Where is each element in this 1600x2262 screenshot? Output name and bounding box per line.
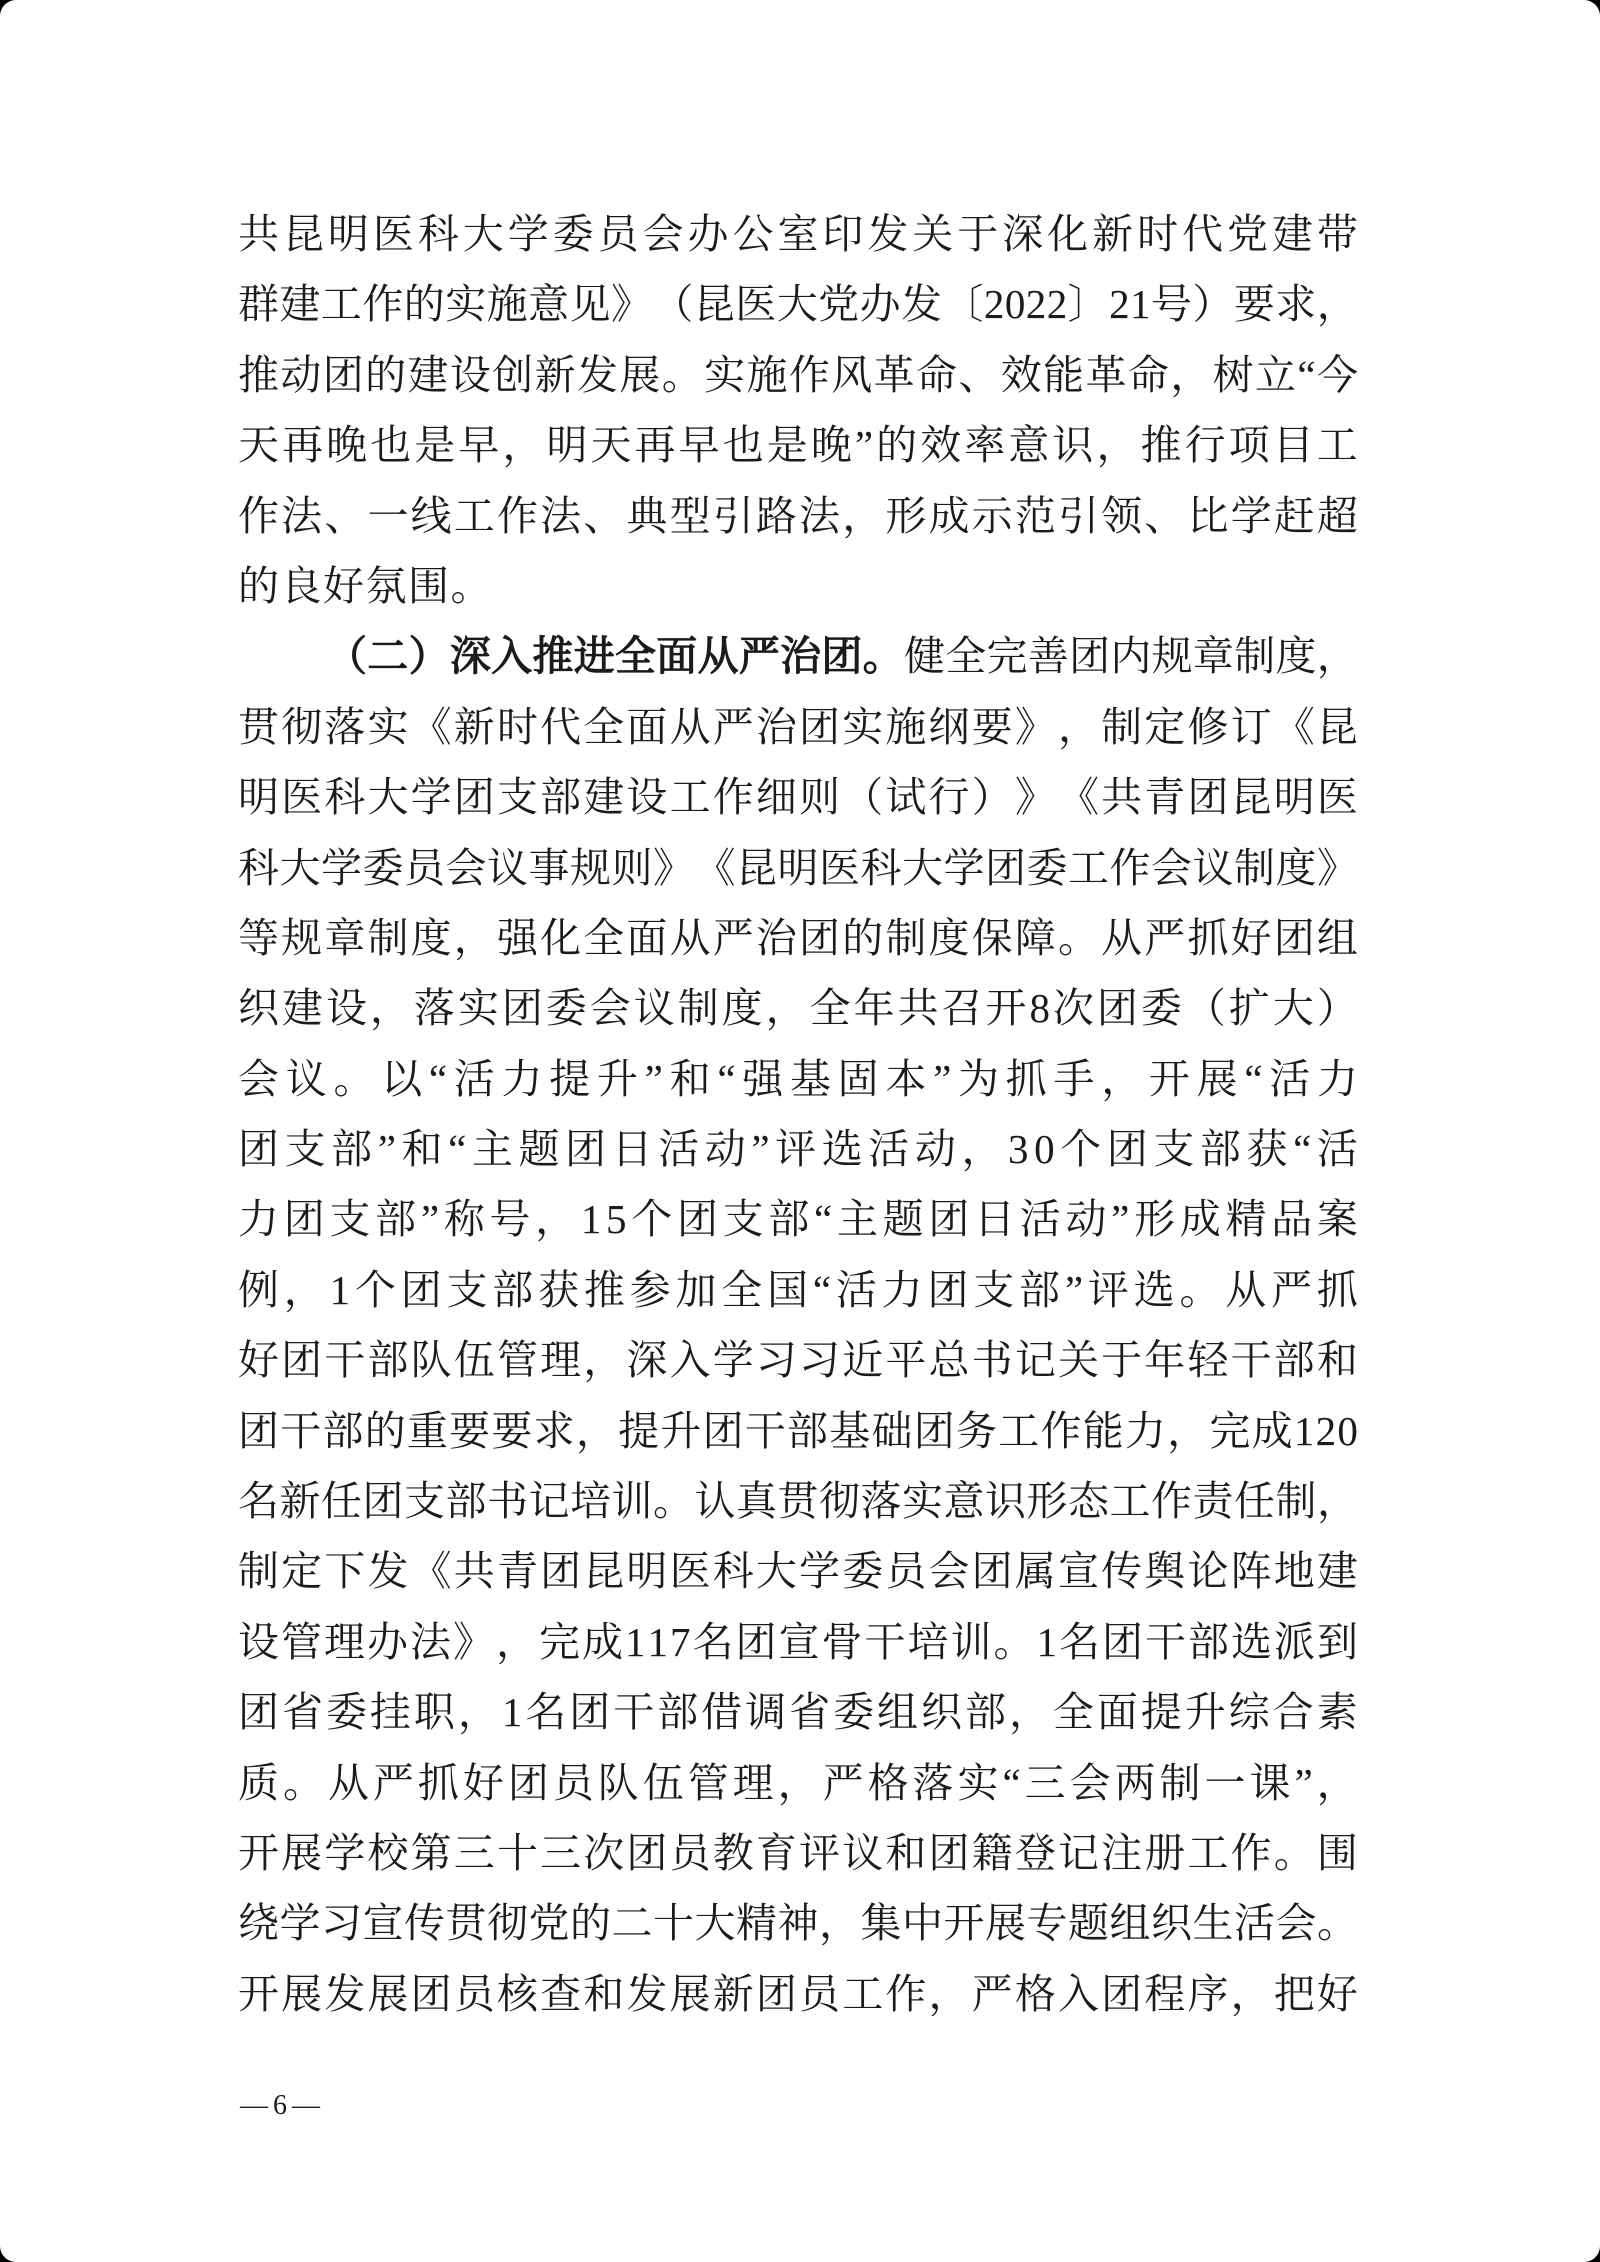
body-line: 作法、一线工作法、典型引路法，形成示范引领、比学赶超 bbox=[238, 481, 1358, 551]
body-line: 推动团的建设创新发展。实施作风革命、效能革命，树立“今 bbox=[238, 340, 1358, 410]
body-line: 等规章制度，强化全面从严治团的制度保障。从严抓好团组 bbox=[238, 903, 1358, 973]
body-line: 名新任团支部书记培训。认真贯彻落实意识形态工作责任制， bbox=[238, 1466, 1358, 1536]
page-number: — 6 — bbox=[240, 2086, 319, 2126]
body-line: 设管理办法》，完成117名团宣骨干培训。1名团干部选派到 bbox=[238, 1607, 1358, 1677]
body-line: 群建工作的实施意见》（昆医大党办发〔2022〕21号）要求， bbox=[238, 269, 1358, 339]
body-line: 织建设，落实团委会议制度，全年共召开8次团委（扩大） bbox=[238, 973, 1358, 1043]
body-line: 开展学校第三十三次团员教育评议和团籍登记注册工作。围 bbox=[238, 1818, 1358, 1888]
body-line: 会议。以“活力提升”和“强基固本”为抓手，开展“活力 bbox=[238, 1044, 1358, 1114]
body-line: 制定下发《共青团昆明医科大学委员会团属宣传舆论阵地建 bbox=[238, 1536, 1358, 1606]
body-line: 科大学委员会议事规则》《昆明医科大学团委工作会议制度》 bbox=[238, 833, 1358, 903]
body-line: 团省委挂职，1名团干部借调省委组织部，全面提升综合素 bbox=[238, 1677, 1358, 1747]
body-line: 力团支部”称号，15个团支部“主题团日活动”形成精品案 bbox=[238, 1184, 1358, 1254]
body-line: 明医科大学团支部建设工作细则（试行）》《共青团昆明医 bbox=[238, 762, 1358, 832]
document-page: 共昆明医科大学委员会办公室印发关于深化新时代党建带 群建工作的实施意见》（昆医大… bbox=[0, 0, 1600, 2262]
body-line: 贯彻落实《新时代全面从严治团实施纲要》，制定修订《昆 bbox=[238, 692, 1358, 762]
body-line: 开展发展团员核查和发展新团员工作，严格入团程序，把好 bbox=[238, 1959, 1358, 2029]
body-line: 质。从严抓好团员队伍管理，严格落实“三会两制一课”， bbox=[238, 1748, 1358, 1818]
body-line: 团干部的重要要求，提升团干部基础团务工作能力，完成120 bbox=[238, 1396, 1358, 1466]
body-line: 团支部”和“主题团日活动”评选活动，30个团支部获“活 bbox=[238, 1114, 1358, 1184]
screenshot-root: { "doc": { "colors": { "background": "#0… bbox=[0, 0, 1600, 2262]
document-body: 共昆明医科大学委员会办公室印发关于深化新时代党建带 群建工作的实施意见》（昆医大… bbox=[238, 199, 1358, 2029]
body-line: 例，1个团支部获推参加全国“活力团支部”评选。从严抓 bbox=[238, 1255, 1358, 1325]
body-line: 天再晚也是早，明天再早也是晚”的效率意识，推行项目工 bbox=[238, 410, 1358, 480]
paragraph-last-line: 的良好氛围。 bbox=[238, 551, 1358, 621]
body-line: 绕学习宣传贯彻党的二十大精神，集中开展专题组织生活会。 bbox=[238, 1888, 1358, 1958]
section-start-line: （二）深入推进全面从严治团。健全完善团内规章制度， bbox=[238, 621, 1358, 691]
body-line: 共昆明医科大学委员会办公室印发关于深化新时代党建带 bbox=[238, 199, 1358, 269]
body-line: 好团干部队伍管理，深入学习习近平总书记关于年轻干部和 bbox=[238, 1325, 1358, 1395]
